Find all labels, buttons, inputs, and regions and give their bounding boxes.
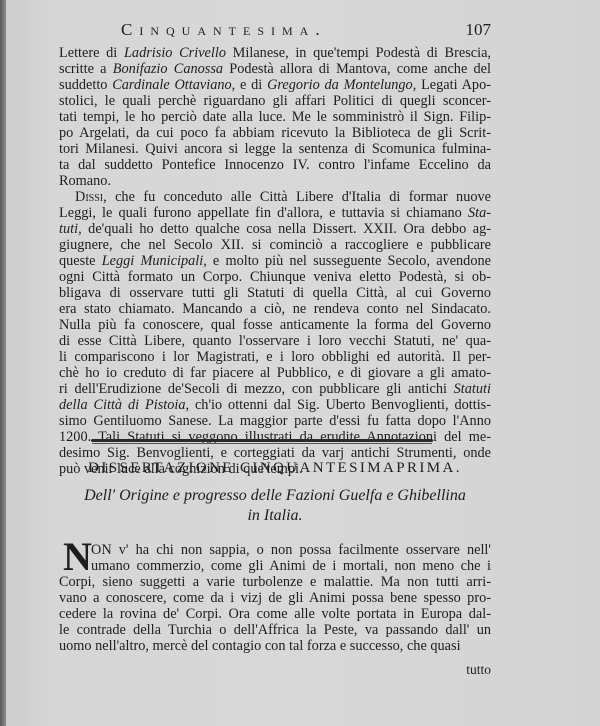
text-line: bligava di osservare tutti gli Statuti d… (59, 285, 491, 301)
text-line: tati tempi, le ho perciò date alla luce.… (59, 109, 491, 125)
page-number: 107 (466, 20, 492, 40)
text-line: Nulla più fa conoscere, qual fosse antic… (59, 317, 491, 333)
text-line: Romano. (59, 173, 491, 189)
text-line: simo Gentiluomo Sanese. La maggior parte… (59, 413, 491, 429)
text-line: giugnere, che nel Secolo XII. si cominci… (59, 237, 491, 253)
text-line: stolici, le quali perchè riguardano gli … (59, 93, 491, 109)
subtitle-line-1: Dell' Origine e progresso delle Fazioni … (59, 486, 491, 506)
ornamental-rule (91, 439, 433, 442)
text-line: scritte a Bonifazio Canossa Podestà allo… (59, 61, 491, 77)
text-line: di esse Città Libere, quanto l'osservare… (59, 333, 491, 349)
dissertation-subtitle: Dell' Origine e progresso delle Fazioni … (59, 486, 491, 526)
text-line: Corpi, sieno suggetti a varie turbolenze… (59, 574, 491, 590)
text-line: li compariscono i lor Magistrati, e i lo… (59, 349, 491, 365)
text-line: vano a conoscere, come da i vizj de gli … (59, 590, 491, 606)
text-line: umano commerzio, come gli Animi de i mor… (59, 558, 491, 574)
text-line: ON v' ha chi non sappia, o non possa fac… (59, 542, 491, 558)
text-line: Leggi, le quali furono appellate fin d'a… (59, 205, 491, 221)
text-line: desimo Sig. Benvoglienti, e corteggiati … (59, 445, 491, 461)
running-title: Cinquantesima. (121, 20, 327, 40)
text-line: ri dell'Erudizione de'Secoli di mezzo, c… (59, 381, 491, 397)
text-line: suddetto Cardinale Ottaviano, e di Grego… (59, 77, 491, 93)
book-page: Cinquantesima. 107 Lettere di Ladrisio C… (6, 0, 600, 726)
binding-edge (0, 0, 6, 726)
text-line: ta dal suddetto Pontefice Innocenzo IV. … (59, 157, 491, 173)
text-line: era stato chiamato. Mancando a ciò, ne r… (59, 301, 491, 317)
text-line: queste Leggi Municipali, e molto più nel… (59, 253, 491, 269)
text-line: ogni Città formato un Corpo. Chiunque ve… (59, 269, 491, 285)
text-line: 1200. Tali Statuti si veggono illustrati… (59, 429, 491, 445)
text-line: cedere la rovina de' Corpi. Ora come all… (59, 606, 491, 622)
text-line: della Città di Pistoia, ch'io ottenni da… (59, 397, 491, 413)
subtitle-line-2: in Italia. (59, 506, 491, 526)
dissertation-title: DISSERTAZIONE CINQUANTESIMAPRIMA. (59, 460, 491, 477)
text-line: Lettere di Ladrisio Crivello Milanese, i… (59, 45, 491, 61)
text-line: tuti, de'quali ho detto qualche cosa nel… (59, 221, 491, 237)
catchword: tutto (466, 662, 491, 678)
text-line: tori Milanesi. Quivi ancora si legge la … (59, 141, 491, 157)
text-line: le contrade della Turchia o dell'Affrica… (59, 622, 491, 638)
text-line: Dissi, che fu conceduto alle Città Liber… (59, 189, 491, 205)
text-line: po Argelati, da cui poco fa abbiam ricev… (59, 125, 491, 141)
running-head: Cinquantesima. 107 (59, 20, 491, 42)
text-line: uomo nell'altro, mercè del contagio con … (59, 638, 491, 654)
text-line: chè ho io creduto di far piacere al Pubb… (59, 365, 491, 381)
